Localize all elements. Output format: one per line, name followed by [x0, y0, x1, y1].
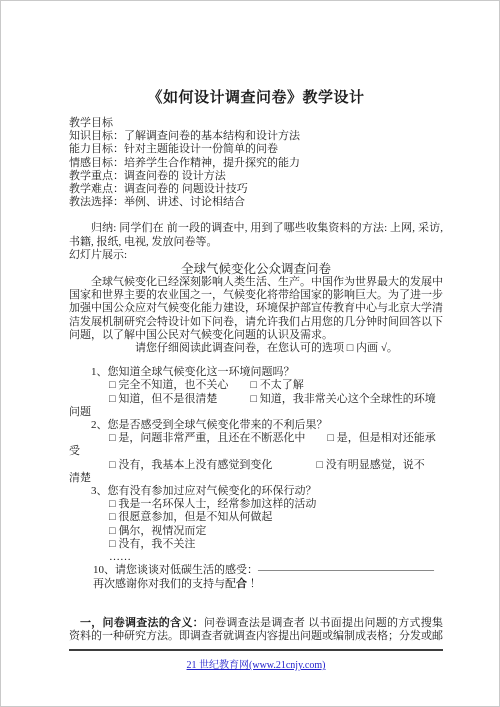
survey-option-line: □ 知道，但不是很清楚 □ 知道，我非常关心这个全球性的环境 [69, 393, 443, 406]
survey-wrap-line: 问题 [69, 406, 443, 419]
slide-label: 幻灯片展示: [69, 249, 443, 262]
survey-option-line: □ 偶尔，视情况而定 [69, 525, 443, 538]
footer-link[interactable]: 21 世纪教育网(www.21cnjy.com) [187, 660, 326, 671]
survey-option-line: □ 没有，我不关注 [69, 538, 443, 551]
summary-paragraph: 归纳: 同学们在 前一段的调查中, 用到了哪些收集资料的方法: 上网, 采访, … [69, 222, 443, 248]
survey-option-line: □ 我是一名环保人士，经常参加这样的活动 [69, 498, 443, 511]
survey-question: 3、您有没有参加过应对气候变化的环保行动？ [69, 485, 443, 498]
survey-question: 1、您知道全球气候变化这一环境问题吗？ [69, 366, 443, 379]
teaching-meta-line: 知识目标：了解调查问卷的基本结构和设计方法 [69, 130, 443, 143]
survey-ellipsis-line: …… [69, 551, 443, 564]
definition-lead: 一，问卷调查法的含义： [80, 617, 204, 629]
document-title: 《如何设计调查问卷》教学设计 [69, 89, 443, 107]
survey-intro-paragraph: 全球气候变化已经深刻影响人类生活、生产。中国作为世界最大的发展中国家和世界主要的… [69, 276, 443, 342]
survey-option-line: □ 是，问题非常严重，且还在不断恶化中 □ 是，但是相对还能承 [69, 432, 443, 445]
teaching-meta-line: 能力目标：针对主题能设计一份简单的问卷 [69, 143, 443, 156]
teaching-meta-block: 教学目标 知识目标：了解调查问卷的基本结构和设计方法 能力目标：针对主题能设计一… [69, 117, 443, 209]
survey-wrap-line: 清楚 [69, 472, 443, 485]
thanks-text: 再次感谢你对我们的支持与配 [93, 578, 236, 590]
survey-question: 2、您是否感受到全球气候变化带来的不利后果？ [69, 419, 443, 432]
thanks-line: 再次感谢你对我们的支持与配合 ！ [69, 578, 443, 591]
document-page: 《如何设计调查问卷》教学设计 教学目标 知识目标：了解调查问卷的基本结构和设计方… [1, 1, 499, 673]
teaching-meta-line: 教学难点：调查问卷的 问题设计技巧 [69, 183, 443, 196]
survey-question: 10、请您谈谈对低碳生活的感受：———————————————— [69, 564, 443, 577]
survey-instruction: 请您仔细阅读此调查问卷，在您认可的选项 □ 内画 √。 [69, 342, 443, 355]
teaching-meta-line: 教学目标 [69, 117, 443, 130]
teaching-meta-line: 情感目标：培养学生合作精神，提升探究的能力 [69, 157, 443, 170]
thanks-punctuation: ！ [247, 578, 261, 590]
survey-option-line: □ 没有，我基本上没有感觉到变化 □ 没有明显感觉，说不 [69, 459, 443, 472]
survey-title: 全球气候变化公众调查问卷 [69, 262, 443, 276]
survey-wrap-line: 受 [69, 445, 443, 458]
definition-paragraph: 一，问卷调查法的含义：问卷调查法是调查者 以书面提出问题的方式搜集资料的一种研究… [69, 617, 443, 643]
teaching-meta-line: 教法选择：举例、讲述、讨论相结合 [69, 196, 443, 209]
footer: 21 世纪教育网(www.21cnjy.com) [69, 655, 443, 673]
footer-divider [69, 649, 443, 651]
survey-option-line: □ 很愿意参加，但是不知从何做起 [69, 511, 443, 524]
thanks-bold-char: 合 [236, 578, 247, 590]
survey-option-line: □ 完全不知道，也不关心 □ 不太了解 [69, 379, 443, 392]
teaching-meta-line: 教学重点：调查问卷的 设计方法 [69, 170, 443, 183]
survey-body: 1、您知道全球气候变化这一环境问题吗？ □ 完全不知道，也不关心 □ 不太了解 … [69, 366, 443, 590]
